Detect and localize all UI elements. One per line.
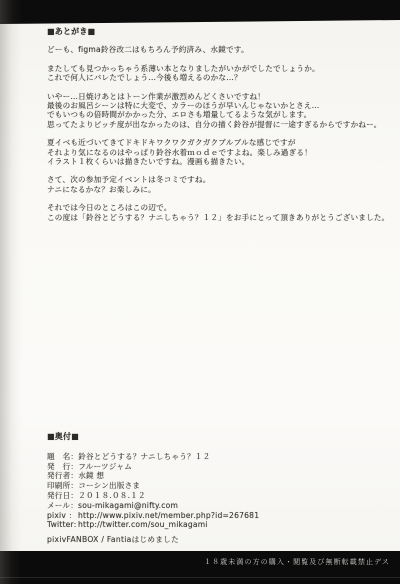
colophon-label: pixiv ： bbox=[47, 511, 78, 521]
colophon-label: 印刷所： bbox=[47, 481, 78, 491]
afterword-line: 夏イベも近づいてきてドキドキワクワクガクガクブルブルな感じですが bbox=[47, 138, 392, 147]
afterword-line: 思ってたよりビッチ度が出なかったのは、自分の描く鈴谷が提督に一途すぎるからですか… bbox=[47, 120, 392, 129]
colophon-value-pixiv-url: http://www.pixiv.net/member.php?id=26768… bbox=[78, 511, 259, 521]
colophon-row-date: 発行日： ２０１８.０８.１２ bbox=[47, 491, 392, 501]
colophon-value: 鈴谷とどうする？ナニしちゃう？１２ bbox=[78, 452, 210, 462]
colophon-label: 発行者： bbox=[47, 471, 78, 481]
colophon-value-twitter-url: http://twitter.com/sou_mikagami bbox=[78, 520, 208, 530]
page-gutter-shadow bbox=[0, 0, 22, 584]
colophon-label: 発行日： bbox=[47, 491, 78, 501]
scan-seam-line bbox=[0, 577, 400, 578]
colophon-value: フルーツジャム bbox=[78, 462, 132, 472]
colophon-value: 水鏡 想 bbox=[78, 471, 104, 481]
afterword-section: ■あとがき■ どーも、figma鈴谷改二はもちろん予約済み、水鏡です。 またして… bbox=[47, 27, 392, 231]
colophon-value-email: sou-mikagami@nifty.com bbox=[78, 501, 178, 511]
afterword-line: さて、次の参加予定イベントは冬コミですね。 bbox=[47, 175, 392, 184]
colophon-row-twitter: Twitter: http://twitter.com/sou_mikagami bbox=[47, 520, 392, 530]
colophon-row-pixiv: pixiv ： http://www.pixiv.net/member.php?… bbox=[47, 511, 392, 521]
colophon-section: ■奥付■ 題 名： 鈴谷とどうする？ナニしちゃう？１２ 発 行： フルーツジャム… bbox=[47, 432, 392, 530]
colophon-label: 題 名： bbox=[47, 452, 78, 462]
colophon-heading: ■奥付■ bbox=[47, 432, 392, 442]
afterword-line: いやー…日焼けあとはトーン作業が激烈めんどくさいですね！ bbox=[47, 92, 392, 101]
colophon-row-printer: 印刷所： コーシン出版さま bbox=[47, 481, 392, 491]
afterword-line: でもいつもの倍時間がかかった分、エロさも増量してるような気がします。 bbox=[47, 110, 392, 119]
afterword-line: どーも、figma鈴谷改二はもちろん予約済み、水鏡です。 bbox=[47, 45, 392, 54]
colophon-value: ２０１８.０８.１２ bbox=[78, 491, 146, 501]
afterword-line: この度は「鈴谷とどうする？ナニしちゃう？１２」をお手にとって頂きありがとうござい… bbox=[47, 213, 392, 222]
colophon-row-title: 題 名： 鈴谷とどうする？ナニしちゃう？１２ bbox=[47, 452, 392, 462]
colophon-value: コーシン出版さま bbox=[78, 481, 140, 491]
fanbox-note: pixivFANBOX / Fantiaはじめました bbox=[47, 534, 179, 545]
afterword-line: ナニになるかな？お楽しみに。 bbox=[47, 185, 392, 194]
afterword-line: イラスト１枚くらいは描きたいですね。漫画も描きたい。 bbox=[47, 157, 392, 166]
colophon-label: Twitter: bbox=[47, 520, 78, 530]
age-restriction-notice: １８歳未満の方の購入・閲覧及び無断転載禁止デス bbox=[204, 557, 390, 567]
colophon-row-publisher: 発行者： 水鏡 想 bbox=[47, 471, 392, 481]
colophon-row-circle: 発 行： フルーツジャム bbox=[47, 462, 392, 472]
colophon-label: メール： bbox=[47, 501, 78, 511]
colophon-row-mail: メール： sou-mikagami@nifty.com bbox=[47, 501, 392, 511]
colophon-label: 発 行： bbox=[47, 462, 78, 472]
afterword-line: それより気になるのはやっぱり鈴谷水着ｍｏｄｅですよね。楽しみ過ぎる！ bbox=[47, 148, 392, 157]
bottom-scan-border: １８歳未満の方の購入・閲覧及び無断転載禁止デス bbox=[0, 551, 400, 584]
afterword-heading: ■あとがき■ bbox=[47, 27, 392, 36]
scanned-page: ■あとがき■ どーも、figma鈴谷改二はもちろん予約済み、水鏡です。 またして… bbox=[0, 0, 400, 584]
top-scan-border bbox=[0, 0, 400, 25]
afterword-line: それでは今日のところはこの辺で。 bbox=[47, 203, 392, 212]
afterword-line: これで何人にバレたでしょう…今後も増えるのかな…？ bbox=[47, 73, 392, 82]
afterword-line: またしても見つかっちゃう系薄い本となりましたがいかがでしたでしょうか。 bbox=[47, 64, 392, 73]
